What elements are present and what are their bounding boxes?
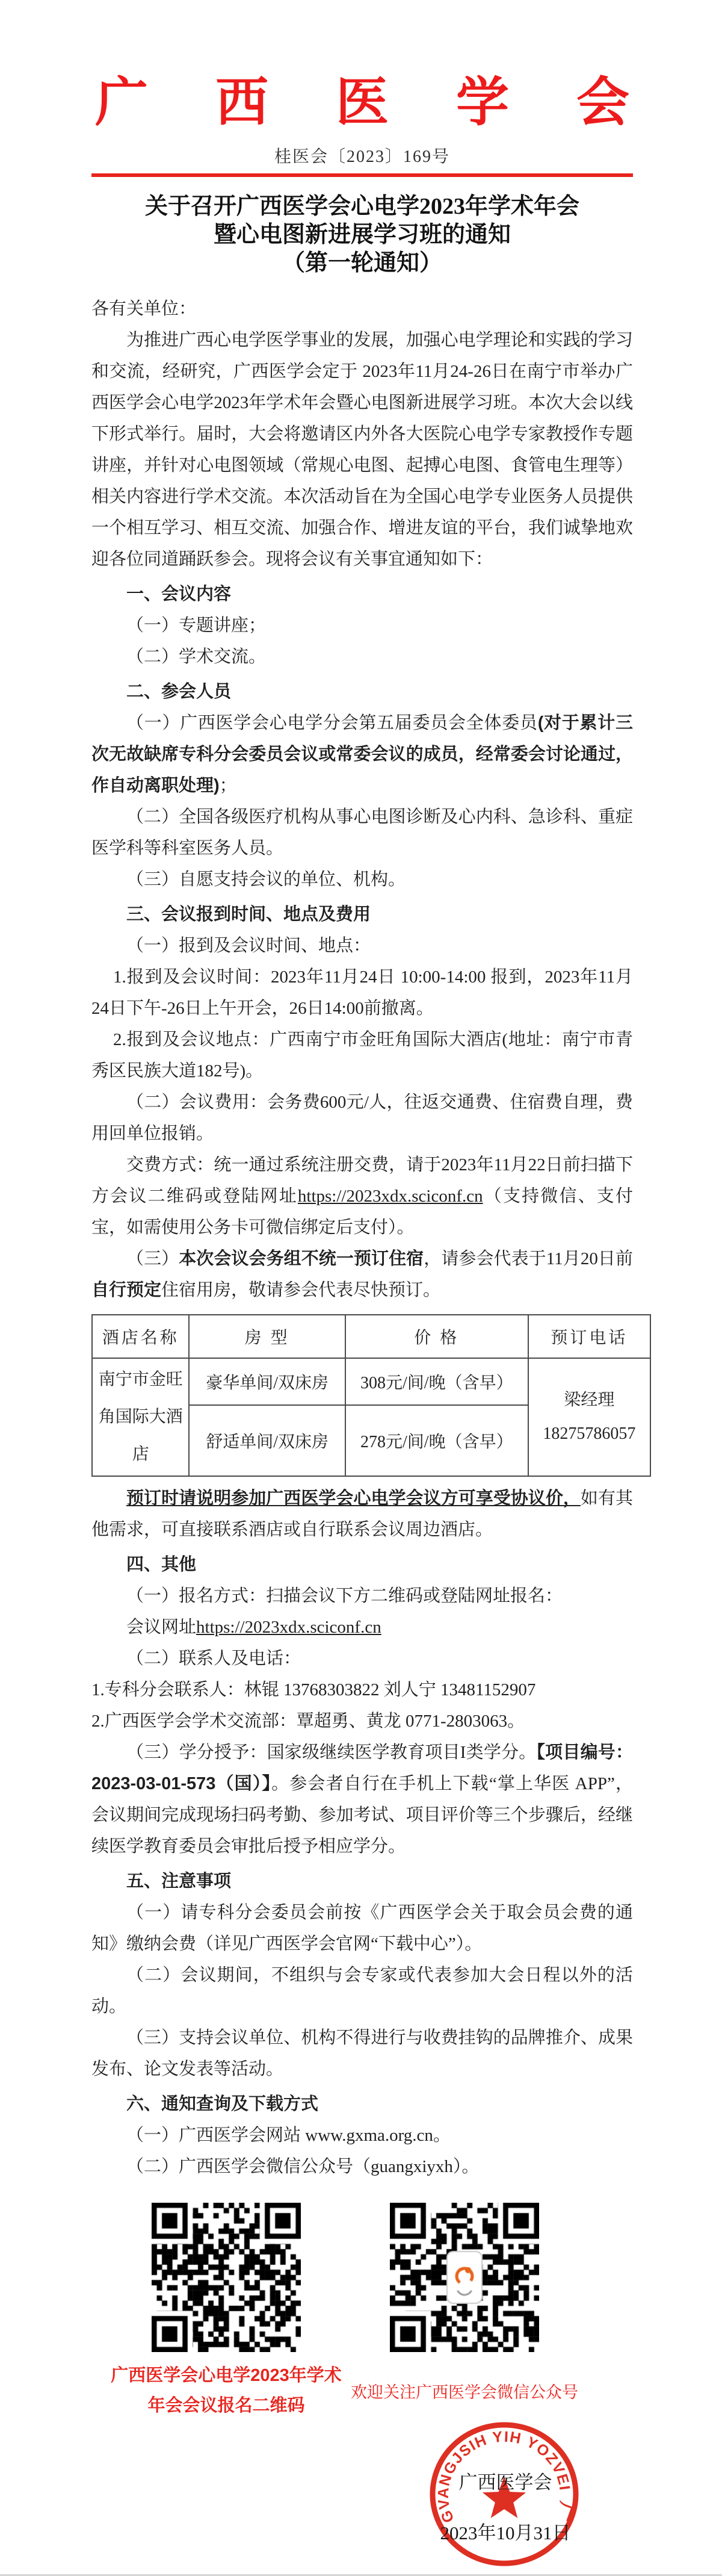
hotel-name-cell: 南宁市金旺角国际大酒店 [92,1358,189,1476]
text-segment: 各有关单位： [91,299,196,318]
document-number: 桂医会〔2023〕169号 [91,143,633,167]
signature-org: 广西医学会 [421,2467,590,2494]
paragraph: 交费方式：统一通过系统注册交费，请于2023年11月22日前扫描下方会议二维码或… [91,1149,633,1243]
text-segment: 本次会议会务组不统一预订住宿 [179,1249,424,1268]
price-cell: 278元/间/晚（含早） [345,1405,528,1476]
room-type-cell: 舒适单间/双床房 [189,1405,345,1476]
paragraph: （三）学分授予：国家级继续医学教育项目I类学分。【项目编号：2023-03-01… [91,1737,633,1862]
text-segment: （一）专题讲座； [126,616,266,635]
red-divider [91,173,633,177]
section-heading: 四、其他 [91,1549,633,1580]
text-segment: （二）联系人及电话： [126,1649,301,1668]
text-segment: 会议网址 [126,1618,196,1637]
paragraph: 会议网址https://2023xdx.sciconf.cn [91,1612,633,1643]
contact-phone: 18275786057 [532,1417,646,1451]
table-row: 南宁市金旺角国际大酒店 豪华单间/双床房 308元/间/晚（含早） 梁经理 18… [92,1358,650,1405]
section-heading: 五、注意事项 [91,1866,633,1897]
column-header: 价 格 [345,1315,528,1358]
room-type-cell: 豪华单间/双床房 [189,1358,345,1405]
registration-qr-caption: 广西医学会心电学2023年学术 年会会议报名二维码 [88,2360,365,2421]
paragraph: 2.广西医学会学术交流部：覃超勇、黄龙 0771-2803063。 [91,1705,633,1737]
paragraph: 2.报到及会议地点：广西南宁市金旺角国际大酒店(地址：南宁市青秀区民族大道182… [91,1024,633,1087]
org-name-char: 学 [456,76,509,131]
conference-url[interactable]: https://2023xdx.sciconf.cn [298,1187,483,1206]
text-segment: 自行预定 [91,1280,161,1300]
paragraph: （三）本次会议会务组不统一预订住宿，请参会代表于11月20日前自行预定住宿用房，… [91,1243,633,1306]
text-segment: （三）自愿支持会议的单位、机构。 [126,870,406,889]
text-segment: （一）广西医学会网站 www.gxma.org.cn。 [126,2126,451,2145]
body-section-1: 各有关单位：为推进广西心电学医学事业的发展，加强心电学理论和实践的学习和交流，经… [91,293,633,1306]
org-name: 广 西 医 学 会 [91,76,633,131]
text-segment: 二、参会人员 [126,682,231,701]
text-segment: ，请参会代表于11月20日前 [424,1249,633,1268]
text-segment: 2.广西医学会学术交流部：覃超勇、黄龙 0771-2803063。 [91,1712,525,1731]
wechat-qr-code [390,2203,539,2352]
paragraph: （二）会议期间，不组织与会专家或代表参加大会日程以外的活动。 [91,1960,633,2022]
paragraph: 1.报到及会议时间：2023年11月24日 10:00-14:00 报到，202… [91,961,633,1024]
paragraph: 1.专科分会联系人：林锟 13768303822 刘人宁 13481152907 [91,1674,633,1705]
paragraph: 为推进广西心电学医学事业的发展，加强心电学理论和实践的学习和交流，经研究，广西医… [91,324,633,575]
booking-phone-cell: 梁经理 18275786057 [528,1358,650,1476]
column-header: 预订电话 [528,1315,650,1358]
paragraph: （一）广西医学会网站 www.gxma.org.cn。 [91,2120,633,2151]
contact-name: 梁经理 [532,1383,646,1417]
price-cell: 308元/间/晚（含早） [345,1358,528,1405]
paragraph: （三）支持会议单位、机构不得进行与收费挂钩的品牌推介、成果发布、论文发表等活动。 [91,2022,633,2085]
text-segment: （一）广西医学会心电学分会第五届委员会全体委员 [126,713,538,733]
paragraph: 预订时请说明参加广西医学会心电学会议方可享受协议价，如有其他需求，可直接联系酒店… [91,1483,633,1545]
text-segment: 住宿用房，敬请参会代表尽快预订。 [161,1280,440,1300]
paragraph: （二）广西医学会微信公众号（guangxiyxh）。 [91,2151,633,2182]
text-segment: （二）学术交流。 [126,647,266,666]
document-title: 关于召开广西医学会心电学2023年学术年会 暨心电图新进展学习班的通知 （第一轮… [91,193,633,278]
text-segment: （二）会议期间，不组织与会专家或代表参加大会日程以外的活动。 [91,1966,633,2016]
paragraph: （一）广西医学会心电学分会第五届委员会全体委员(对于累计三次无故缺席专科分会委员… [91,707,633,801]
text-segment: （一）报名方式：扫描会议下方二维码或登陆网址报名： [126,1586,563,1606]
text-segment: （一）报到及会议时间、地点： [126,936,371,955]
paragraph: 各有关单位： [91,293,633,324]
org-name-char: 会 [576,76,629,131]
text-segment: 1.专科分会联系人：林锟 13768303822 刘人宁 13481152907 [91,1680,535,1699]
paragraph: （一）请专科分会委员会前按《广西医学会关于取会员会费的通知》缴纳会费（详见广西医… [91,1897,633,1960]
official-seal: GVANGJSIH YIH YOZVEI 广西医学会 [422,2415,586,2573]
text-segment: （三）学分授予：国家级继续医学教育项目I类学分。 [126,1743,536,1762]
paragraph: （二）全国各级医疗机构从事心电图诊断及心内科、急诊科、重症医学科等科室医务人员。 [91,801,633,864]
text-segment: （三） [126,1249,179,1268]
text-segment: （三）支持会议单位、机构不得进行与收费挂钩的品牌推介、成果发布、论文发表等活动。 [91,2028,633,2079]
paragraph: （二）学术交流。 [91,641,633,672]
table-header-row: 酒店名称 房 型 价 格 预订电话 [92,1315,650,1358]
section-heading: 一、会议内容 [91,579,633,610]
registration-qr-caption-line2: 年会会议报名二维码 [88,2391,365,2421]
org-name-char: 医 [336,76,389,131]
document-title-line3: （第一轮通知） [91,249,633,278]
paragraph: （一）报到及会议时间、地点： [91,930,633,961]
text-segment: 为推进广西心电学医学事业的发展，加强心电学理论和实践的学习和交流，经研究，广西医… [91,331,633,569]
column-header: 酒店名称 [92,1315,189,1358]
text-segment: 三、会议报到时间、地点及费用 [126,905,371,924]
notice-document-page: 广 西 医 学 会 桂医会〔2023〕169号 关于召开广西医学会心电学2023… [0,0,722,2576]
section-heading: 六、通知查询及下载方式 [91,2088,633,2120]
text-segment: 四、其他 [126,1555,196,1574]
text-segment: 预订时请说明参加广西医学会心电学会议方可享受协议价， [126,1489,581,1508]
text-segment: （一）请专科分会委员会前按《广西医学会关于取会员会费的通知》缴纳会费（详见广西医… [91,1903,633,1954]
paragraph: （一）专题讲座； [91,610,633,641]
wechat-qr-caption: 欢迎关注广西医学会微信公众号 [326,2377,603,2407]
document-title-line1: 关于召开广西医学会心电学2023年学术年会 [91,193,633,221]
text-segment: 五、注意事项 [126,1872,231,1891]
text-segment: 2.报到及会议地点：广西南宁市金旺角国际大酒店(地址：南宁市青秀区民族大道182… [91,1030,633,1081]
registration-qr-code [152,2203,301,2352]
section-heading: 三、会议报到时间、地点及费用 [91,899,633,930]
qr-code-section: 广西医学会心电学2023年学术 年会会议报名二维码 欢迎关注广西医学会微信公众号 [91,2203,633,2421]
text-segment: 六、通知查询及下载方式 [126,2094,318,2114]
registration-qr-block: 广西医学会心电学2023年学术 年会会议报名二维码 [152,2203,301,2421]
signature-date: 2023年10月31日 [421,2518,590,2545]
paragraph: （二）联系人及电话： [91,1643,633,1674]
body-section-2: 预订时请说明参加广西医学会心电学会议方可享受协议价，如有其他需求，可直接联系酒店… [91,1483,633,2182]
text-segment: （二）广西医学会微信公众号（guangxiyxh）。 [126,2157,479,2176]
hotel-table: 酒店名称 房 型 价 格 预订电话 南宁市金旺角国际大酒店 豪华单间/双床房 3… [91,1314,651,1477]
conference-url[interactable]: https://2023xdx.sciconf.cn [196,1618,381,1637]
wechat-qr-block: 欢迎关注广西医学会微信公众号 [390,2203,539,2421]
column-header: 房 型 [189,1315,345,1358]
registration-qr-caption-line1: 广西医学会心电学2023年学术 [88,2360,365,2391]
text-segment: （二）全国各级医疗机构从事心电图诊断及心内科、急诊科、重症医学科等科室医务人员。 [91,807,633,858]
org-name-char: 广 [95,76,148,131]
paragraph: （一）报名方式：扫描会议下方二维码或登陆网址报名： [91,1580,633,1612]
section-heading: 二、参会人员 [91,676,633,707]
document-title-line2: 暨心电图新进展学习班的通知 [91,221,633,249]
text-segment: ； [220,776,237,795]
paragraph: （二）会议费用：会务费600元/人，往返交通费、住宿费自理，费用回单位报销。 [91,1087,633,1149]
text-segment: 1.报到及会议时间：2023年11月24日 10:00-14:00 报到，202… [91,967,633,1018]
paragraph: （三）自愿支持会议的单位、机构。 [91,864,633,895]
org-name-char: 西 [215,76,268,131]
text-segment: 一、会议内容 [126,585,231,604]
text-segment: （二）会议费用：会务费600元/人，往返交通费、住宿费自理，费用回单位报销。 [91,1093,633,1143]
